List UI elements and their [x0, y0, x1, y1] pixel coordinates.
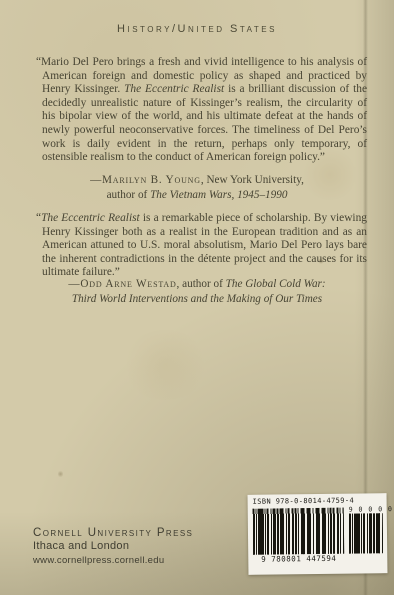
- reviewer-2-work-inline: The Global Cold War:: [226, 278, 326, 290]
- isbn-text: ISBN 978-0-8014-4759-4: [253, 497, 355, 506]
- paper-speck: [58, 470, 63, 478]
- reviewer-2-author-of: , author of: [177, 278, 226, 290]
- publisher-url: www.cornellpress.cornell.edu: [33, 555, 193, 566]
- category-header: History/United States: [0, 23, 394, 35]
- reviewer-2-name: —Odd Arne Westad: [68, 278, 176, 290]
- reviewer-1-author-of: author of: [107, 189, 151, 201]
- book-back-cover: History/United States “Mario Del Pero br…: [0, 0, 394, 595]
- reviewer-1-affiliation: , New York University,: [201, 174, 304, 186]
- publisher-name: Cornell University Press: [33, 527, 193, 539]
- review-quote-2: “The Eccentric Realist is a remarkable p…: [36, 212, 367, 280]
- publisher-block: Cornell University Press Ithaca and Lond…: [33, 527, 193, 566]
- review-attribution-1: —Marilyn B. Young, New York University,a…: [0, 173, 394, 202]
- quote-1-book-title: The Eccentric Realist: [124, 83, 224, 95]
- reviewer-1-name: —Marilyn B. Young: [90, 174, 201, 186]
- paper-stain: [120, 330, 210, 400]
- ean-barcode: [253, 508, 345, 555]
- publisher-location: Ithaca and London: [33, 540, 193, 552]
- quote-2-book-title: The Eccentric Realist: [41, 212, 140, 224]
- barcode-label: ISBN 978-0-8014-4759-4 9 780801 447594 9…: [248, 493, 388, 575]
- ean-digits: 9 780801 447594: [251, 554, 346, 564]
- review-quote-1: “Mario Del Pero brings a fresh and vivid…: [36, 56, 367, 165]
- reviewer-2-work-subtitle: Third World Interventions and the Making…: [72, 293, 322, 305]
- review-attribution-2: —Odd Arne Westad, author of The Global C…: [0, 277, 394, 306]
- reviewer-1-work-title: The Vietnam Wars, 1945–1990: [150, 189, 287, 201]
- addon-barcode: [349, 513, 383, 553]
